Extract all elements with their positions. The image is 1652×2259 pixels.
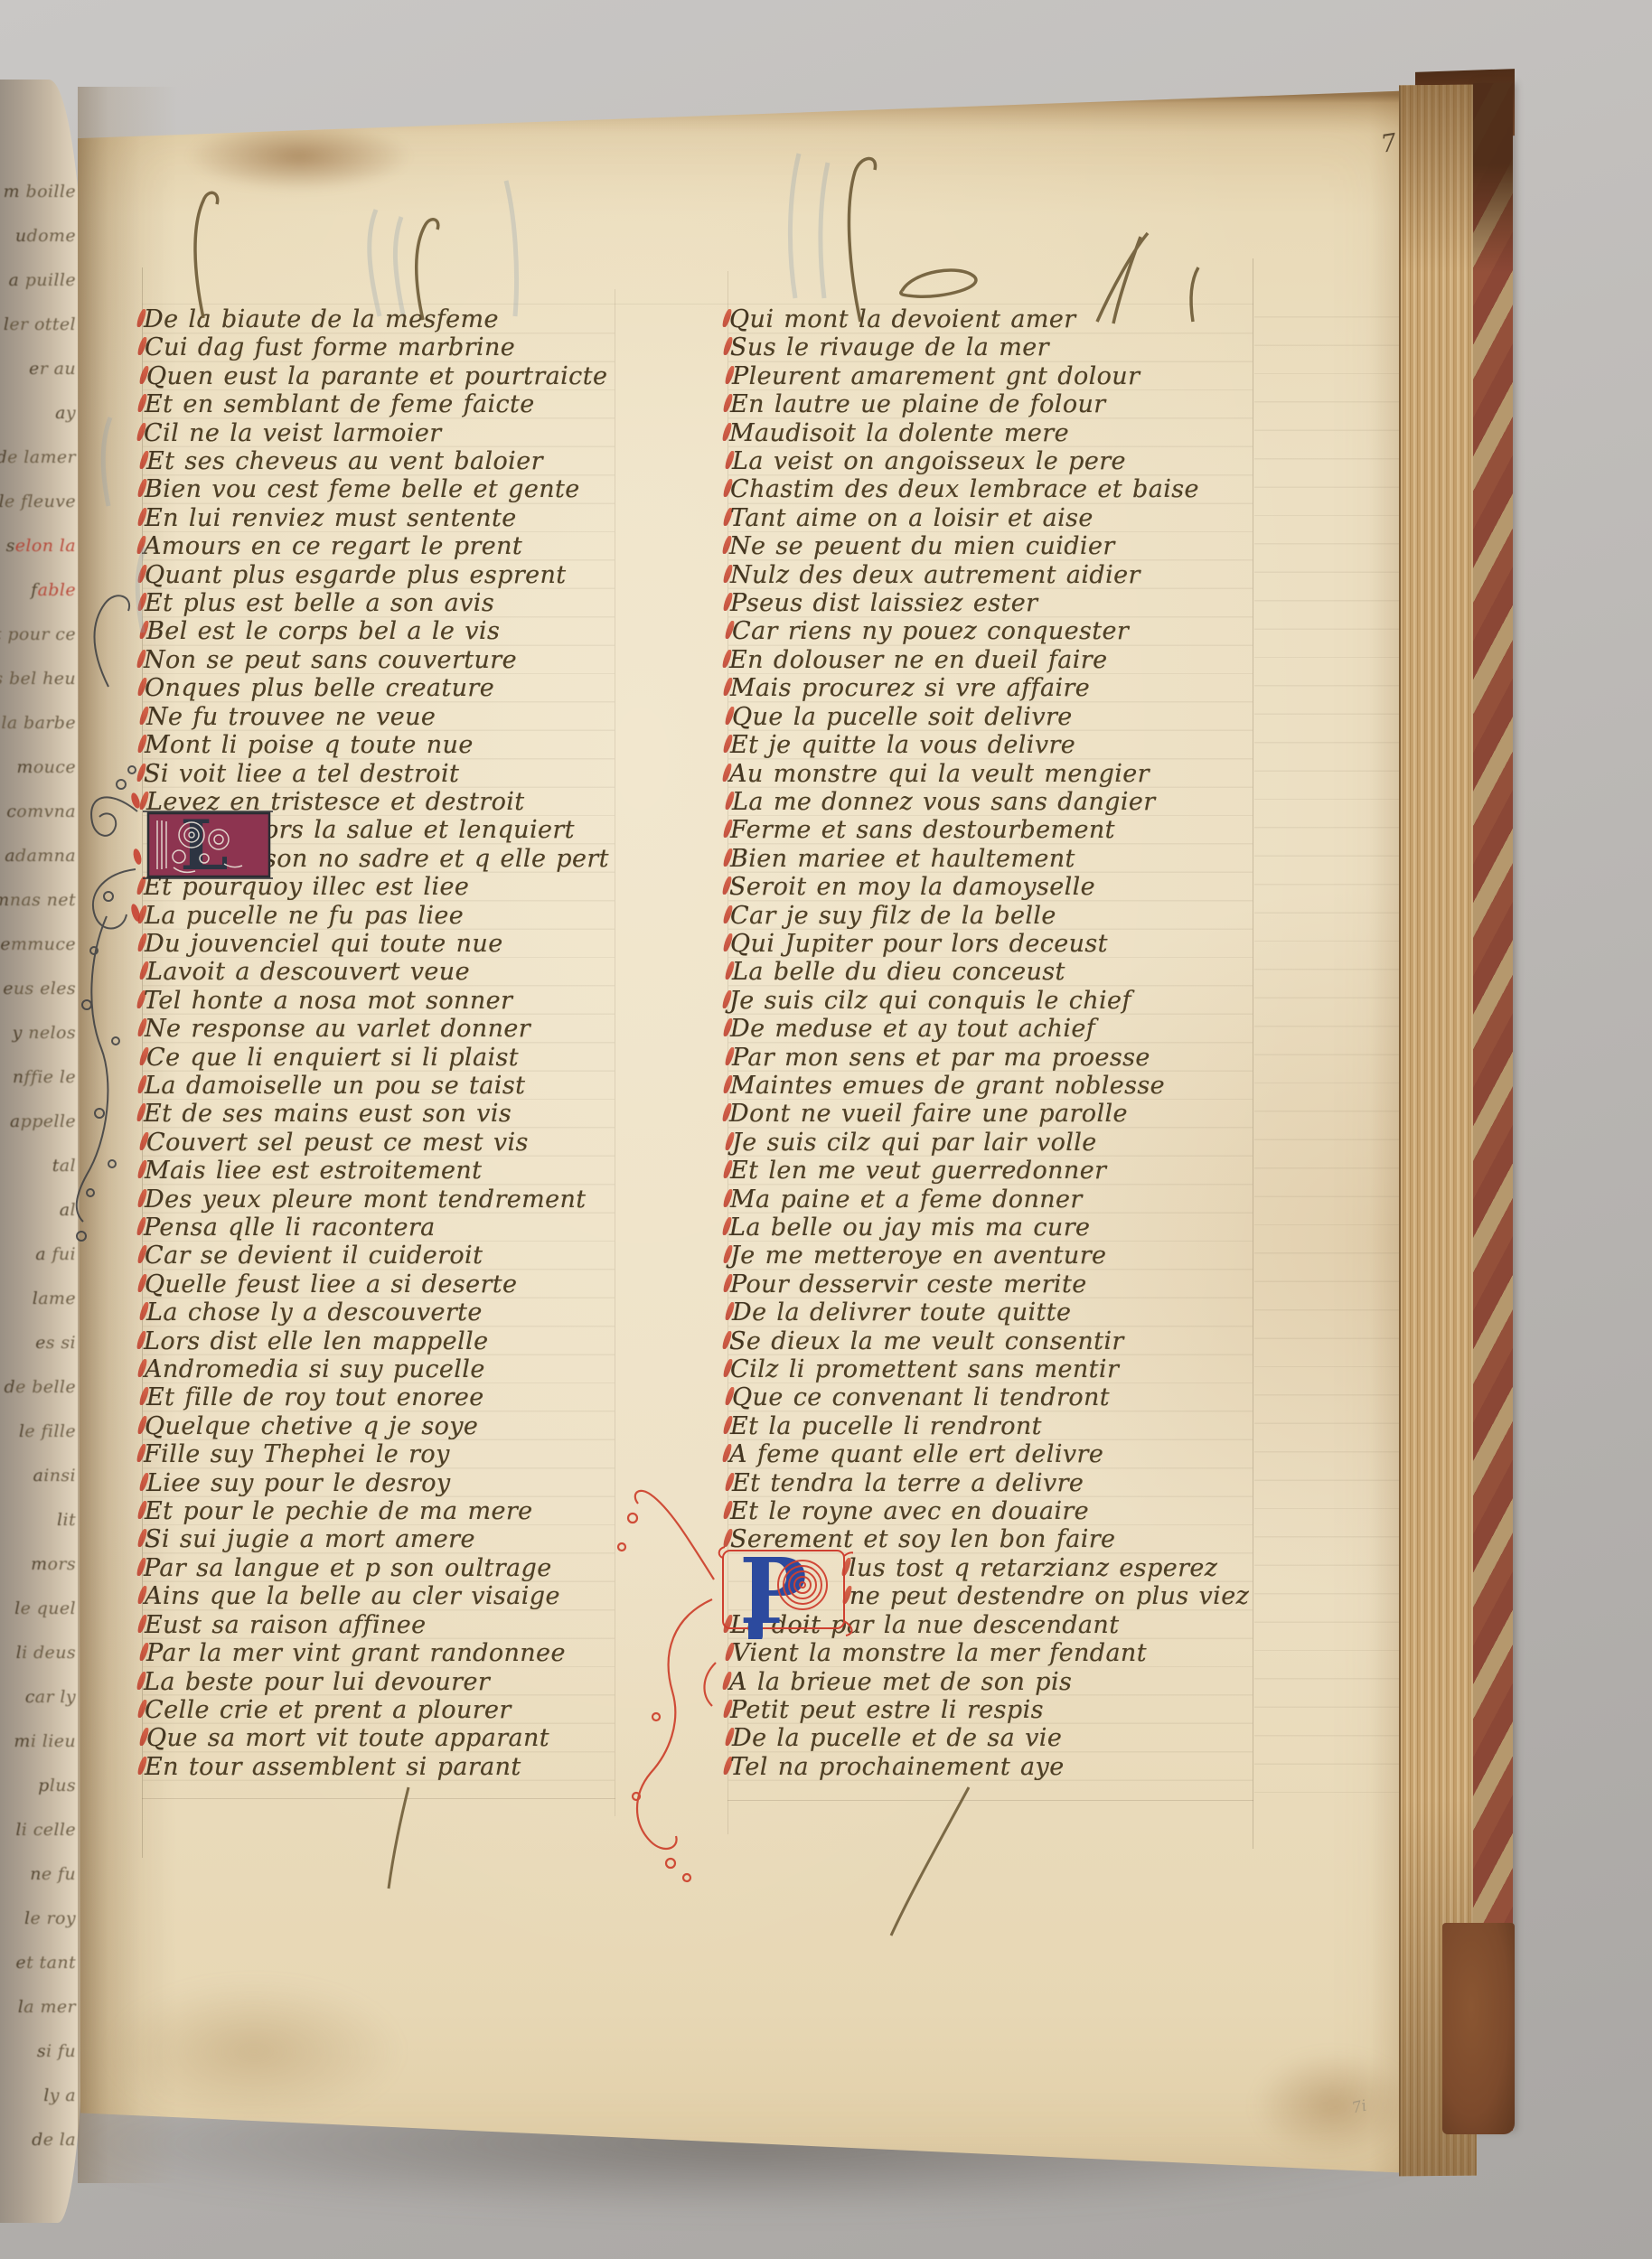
line-initial-letter: D [730, 1724, 752, 1752]
line-initial-letter: m [14, 757, 33, 777]
text-line: A la brieue met de son pis [727, 1668, 1252, 1696]
line-initial-letter: A [143, 1582, 163, 1610]
text-line: Cui dag fust forme marbrine [143, 333, 615, 361]
line-initial-letter: P [728, 589, 746, 617]
line-initial-letter: C [143, 333, 164, 361]
text-line: Se dieux la me veult consentir [727, 1327, 1252, 1355]
text-line: Tant aime on a loisir et aise [728, 504, 1253, 532]
line-initial-letter: A [727, 760, 747, 788]
text-line: Eust sa raison affinee [143, 1611, 615, 1639]
line-initial-letter: E [728, 390, 748, 418]
line-initial-letter: m [29, 1554, 47, 1574]
text-line: Fille suy Thephei le roy [142, 1440, 614, 1468]
text-line: Maudisoit la dolente mere [727, 419, 1252, 447]
line-initial-letter: l [31, 1289, 38, 1308]
text-line: a fui [33, 1233, 76, 1277]
text-line: La chose ly a descouverte [145, 1298, 616, 1326]
text-line: Quen eust la parante et pourtraicte [145, 362, 616, 390]
text-line: Et len me veut guerredonner [728, 1157, 1253, 1185]
text-line: A feme quant elle ert delivre [727, 1440, 1252, 1468]
text-line: Car se devient il cuideroit [143, 1242, 615, 1270]
line-initial-letter: L [730, 788, 748, 816]
line-initial-letter: T [728, 504, 745, 532]
line-initial-letter: A [143, 1355, 163, 1383]
ruling-line-horizontal [727, 1800, 1253, 1801]
line-initial-letter: C [728, 475, 749, 503]
line-initial-letter: e [27, 359, 40, 379]
text-line: Pseus dist laissiez ester [728, 589, 1253, 617]
text-line: Ce que li enquiert si li plaist [145, 1044, 616, 1072]
line-initial-letter: l [14, 1820, 21, 1840]
line-initial-letter: L [145, 1298, 163, 1326]
decorated-initial-L: L [137, 810, 275, 880]
text-line: le fille [17, 1410, 76, 1454]
text-line: la mer [16, 1985, 76, 2029]
line-initial-letter: a [3, 846, 15, 866]
text-line: lit [55, 1498, 76, 1542]
line-initial-letter: Q [143, 1270, 165, 1298]
line-initial-letter: M [728, 1186, 756, 1214]
text-line: ler ottel [2, 303, 76, 347]
text-line: Par mon sens et par ma proesse [730, 1044, 1254, 1072]
line-initial-letter: D [730, 1298, 752, 1326]
text-line: et tant [14, 1941, 76, 1985]
text-line: Mais liee est estroitement [143, 1157, 615, 1185]
text-line: Et pour le pechie de ma mere [143, 1497, 615, 1525]
line-initial-letter: D [727, 1100, 749, 1128]
text-line: Bien mariee et haultement [728, 845, 1253, 873]
text-line: En lui renviez must sentente [143, 504, 615, 532]
bottom-right-stain [1253, 2051, 1415, 2160]
text-line: nffie le [11, 1055, 76, 1100]
text-line: de la [30, 2118, 76, 2162]
text-line: eus eles [1, 967, 76, 1011]
text-line: mnas net [0, 878, 76, 923]
text-line: m boille [2, 170, 76, 214]
line-initial-letter: F [142, 1440, 161, 1468]
text-line: De la pucelle et de sa vie [730, 1724, 1254, 1752]
text-line: Par la mer vint grant randonnee [145, 1639, 616, 1667]
text-line: Andromedia si suy pucelle [143, 1355, 615, 1383]
ruling-line-horizontal [142, 304, 1253, 305]
text-line: ne fu [28, 1852, 76, 1897]
line-initial-letter: c [5, 801, 16, 821]
line-initial-letter: N [142, 646, 165, 674]
line-initial-letter: C [728, 1355, 749, 1383]
text-line: Et le royne avec en douaire [728, 1497, 1253, 1525]
text-line: La veist on angoisseux le pere [730, 447, 1254, 475]
line-initial-letter: B [728, 845, 748, 873]
text-line: li deus [14, 1631, 76, 1675]
text-line: car ly [23, 1675, 76, 1720]
text-line: Cil ne la veist larmoier [142, 419, 614, 447]
text-line: La pucelle ne fu pas liee [143, 902, 615, 930]
line-initial-letter: e [1, 979, 14, 998]
facing-verso-page: m boilleudomea puilleler otteler auayde … [0, 80, 85, 2223]
line-initial-letter: l [0, 492, 5, 511]
line-initial-letter: Q [728, 930, 751, 958]
text-line: Vient la monstre la mer fendant [730, 1639, 1254, 1667]
text-line: Je suis cilz qui conquis le chief [727, 987, 1252, 1015]
line-initial-letter: E [142, 1100, 162, 1128]
line-initial-letter: n [28, 1864, 42, 1884]
text-line: de belle [3, 1365, 76, 1410]
text-line: Mont li poise q toute nue [143, 731, 615, 759]
ruling-line-horizontal [142, 1798, 615, 1799]
line-initial-letter: L [143, 902, 161, 930]
line-initial-letter: V [730, 1639, 749, 1667]
line-initial-letter: E [143, 1753, 163, 1781]
text-line: Dont ne vueil faire une parolle [727, 1100, 1252, 1128]
line-initial-letter: M [727, 419, 755, 447]
line-initial-letter: M [728, 674, 756, 702]
line-initial-letter: e [0, 934, 11, 954]
line-initial-letter: A [727, 1440, 747, 1468]
outer-margin-ruling [1254, 289, 1399, 1816]
text-line: emmuce [0, 923, 76, 967]
text-line: Et je quitte la vous delivre [728, 731, 1253, 759]
line-initial-letter: A [727, 1668, 747, 1696]
text-line: Je me metteroye en aventure [728, 1242, 1253, 1270]
text-line: Car je suy filz de la belle [728, 902, 1253, 930]
line-initial-letter: l [2, 314, 9, 334]
line-initial-letter: L [142, 1668, 160, 1696]
text-line: Bel est le corps bel a le vis [145, 617, 616, 645]
text-line: Et de ses mains eust son vis [142, 1100, 614, 1128]
line-initial-letter: d [30, 2130, 43, 2150]
text-line: Et tendra la terre a delivre [730, 1469, 1254, 1497]
line-initial-letter: Q [143, 561, 165, 589]
text-line: mors [29, 1542, 76, 1587]
line-initial-letter: m [2, 182, 20, 202]
line-initial-letter: m [0, 890, 10, 910]
text-line: li celle [14, 1808, 76, 1852]
text-line: Ne se peuent du mien cuidier [727, 532, 1252, 560]
text-line: Tel honte a nosa mot sonner [142, 987, 614, 1015]
text-line: ly a [42, 2074, 76, 2118]
line-initial-letter: d [3, 1377, 16, 1397]
text-line: de la barbe [0, 701, 76, 745]
line-initial-letter: L [727, 1214, 746, 1242]
text-line: La belle du dieu conceust [730, 958, 1254, 986]
line-initial-letter: Q [727, 305, 750, 333]
line-initial-letter: Q [730, 703, 753, 731]
text-line: tal [51, 1144, 76, 1188]
line-initial-letter: E [728, 731, 748, 759]
text-line: mi lieu [12, 1720, 76, 1764]
text-line: Et en semblant de feme faicte [143, 390, 615, 418]
line-initial-letter: a [7, 270, 20, 290]
text-line: Cilz li promettent sans mentir [728, 1355, 1253, 1383]
text-line: De la delivrer toute quitte [730, 1298, 1254, 1326]
right-column: P Qui mont la devoient amerSus le rivaug… [728, 305, 1253, 1781]
line-initial-letter: C [142, 419, 163, 447]
text-line: Quelle feust liee a si deserte [143, 1270, 615, 1298]
left-column: L De la biaute de la mesfemeCui dag fust… [143, 305, 615, 1781]
line-initial-letter: l [13, 1598, 20, 1618]
text-line: Que sa mort vit toute apparant [145, 1724, 616, 1752]
line-initial-letter: y [11, 1023, 23, 1043]
line-initial-letter: n [11, 1067, 24, 1087]
line-initial-letter: m [12, 1731, 30, 1751]
line-initial-letter: l [42, 2086, 49, 2105]
text-line: La me donnez vous sans dangier [730, 788, 1254, 816]
text-line: Couvert sel peust ce mest vis [145, 1129, 616, 1157]
text-line: appelle [8, 1100, 76, 1144]
line-initial-letter: L [730, 447, 748, 475]
cover-leather-corner [1442, 1923, 1515, 2134]
text-line: mouce [14, 745, 76, 790]
line-initial-letter: E [145, 447, 164, 475]
line-initial-letter: l [14, 1643, 22, 1663]
line-initial-letter: C [145, 1129, 165, 1157]
line-initial-letter: N [143, 1015, 166, 1043]
text-line: Quelque chetive q je soye [143, 1412, 615, 1440]
text-line: En lautre ue plaine de folour [728, 390, 1253, 418]
line-initial-letter: a [58, 1200, 70, 1220]
text-line: seus bel heu [0, 657, 76, 701]
text-line: Si sui jugie a mort amere [143, 1525, 615, 1553]
text-line: selon la [5, 524, 76, 568]
text-line: Sus le rivauge de la mer [728, 333, 1253, 361]
text-line: Et la pucelle li rendront [728, 1412, 1253, 1440]
text-line: le fleuve [0, 480, 76, 524]
line-initial-letter: S [728, 333, 747, 361]
text-line: udome [14, 214, 76, 258]
line-initial-letter: F [728, 816, 746, 844]
line-initial-letter: E [730, 1469, 750, 1497]
line-initial-letter: D [143, 1186, 164, 1214]
line-initial-letter: S [727, 1327, 746, 1355]
line-initial-letter: J [730, 1129, 742, 1157]
line-initial-letter: l [17, 1421, 24, 1441]
line-initial-letter: A [142, 532, 162, 560]
line-initial-letter: L [145, 958, 163, 986]
line-initial-letter: D [728, 1015, 750, 1043]
line-initial-letter: E [727, 646, 747, 674]
line-initial-letter: E [145, 1383, 164, 1411]
text-line: lame [31, 1277, 76, 1321]
text-line: y nelos [11, 1011, 76, 1055]
text-line: Tel na prochainement aye [728, 1753, 1253, 1781]
line-initial-letter: J [728, 1242, 740, 1270]
line-initial-letter: e [14, 1953, 26, 1973]
text-line: es si [33, 1321, 76, 1365]
line-initial-letter: M [143, 1157, 170, 1185]
cover-board-marbled-edge [1473, 83, 1513, 2131]
text-line: a puille [7, 258, 76, 303]
text-line: Mais procurez si vre affaire [728, 674, 1253, 702]
line-initial-letter: C [145, 1044, 165, 1072]
line-initial-letter: Q [143, 1412, 165, 1440]
text-line: Que ce convenant li tendront [730, 1383, 1254, 1411]
text-line: ay [53, 391, 76, 436]
line-initial-letter: L [145, 1469, 163, 1497]
line-initial-letter: N [728, 561, 752, 589]
text-line: Et fille de roy tout enoree [145, 1383, 616, 1411]
line-initial-letter: C [143, 1242, 164, 1270]
line-initial-letter: L [143, 1072, 161, 1100]
line-initial-letter: l [55, 1510, 62, 1530]
line-initial-letter: B [145, 617, 164, 645]
text-line: Des yeux pleure mont tendrement [143, 1186, 615, 1214]
line-initial-letter: M [143, 731, 170, 759]
line-initial-letter: D [142, 305, 164, 333]
text-line: Quant plus esgarde plus esprent [143, 561, 615, 589]
line-initial-letter: a [53, 403, 66, 423]
text-line: Du jouvenciel qui toute nue [143, 930, 615, 958]
text-line: Ma paine et a feme donner [728, 1186, 1253, 1214]
text-line: Amours en ce regart le prent [142, 532, 614, 560]
line-initial-letter: M [728, 1072, 756, 1100]
text-line: plus [36, 1764, 76, 1808]
text-line: Si voit liee a tel destroit [142, 760, 614, 788]
line-initial-letter: P [145, 1639, 162, 1667]
page-block-fore-edge [1399, 85, 1477, 2177]
line-initial-letter: T [142, 987, 158, 1015]
line-initial-letter: f [29, 580, 37, 600]
line-initial-letter: P [730, 362, 749, 390]
line-initial-letter: L [142, 1327, 160, 1355]
line-initial-letter: J [727, 987, 739, 1015]
text-line: le roy [23, 1897, 76, 1941]
line-initial-letter: Q [145, 1724, 167, 1752]
line-initial-letter: E [143, 1611, 163, 1639]
line-initial-letter: e [33, 1333, 46, 1353]
text-line: Celle crie et prent a plourer [143, 1696, 615, 1724]
line-initial-letter: P [730, 1044, 747, 1072]
text-line: Seroit en moy la damoyselle [727, 873, 1252, 901]
text-line: Ferme et sans destourbement [728, 816, 1253, 844]
line-initial-letter: P [142, 1554, 159, 1582]
text-line: Et plus est belle a son avis [143, 589, 615, 617]
line-initial-letter: S [727, 873, 746, 901]
text-line: de lamer [0, 436, 76, 480]
text-line: La damoiselle un pou se taist [143, 1072, 615, 1100]
line-initial-letter: c [23, 1687, 35, 1707]
line-initial-letter: Q [145, 362, 167, 390]
line-initial-letter: l [23, 1908, 30, 1928]
bottom-left-waterstain [105, 1979, 403, 2123]
line-initial-letter: a [8, 1111, 21, 1131]
text-line: Chastim des deux lembrace et baise [728, 475, 1253, 503]
text-line: Liee suy pour le desroy [145, 1469, 616, 1497]
line-initial-letter: s [35, 2041, 46, 2061]
decorated-initial-P: P [716, 1545, 853, 1639]
line-initial-letter: N [727, 532, 751, 560]
line-initial-letter: L [730, 958, 748, 986]
text-line: Que la pucelle soit delivre [730, 703, 1254, 731]
text-line: Maintes emues de grant noblesse [728, 1072, 1253, 1100]
text-line: Ne response au varlet donner [143, 1015, 615, 1043]
text-line: Qui mont la devoient amer [727, 305, 1252, 333]
text-line: En dolouser ne en dueil faire [727, 646, 1252, 674]
text-line: comvna [5, 790, 76, 834]
text-line: Petit peut estre li respis [728, 1696, 1253, 1724]
text-line: Pleurent amarement gnt dolour [730, 362, 1254, 390]
text-line: Ains que la belle au cler visaige [143, 1582, 615, 1610]
text-line: Non se peut sans couverture [142, 646, 614, 674]
text-line: er au [27, 347, 76, 391]
line-initial-letter: u [14, 226, 27, 246]
text-line: adamna [3, 834, 76, 878]
line-initial-letter: B [143, 475, 163, 503]
line-initial-letter: S [142, 760, 161, 788]
line-initial-letter: E [728, 1497, 748, 1525]
line-initial-letter: Q [730, 1383, 753, 1411]
text-line: ainsi [32, 1454, 76, 1498]
left-column-lines: De la biaute de la mesfemeCui dag fust f… [143, 305, 615, 1781]
text-line: Nulz des deux autrement aidier [728, 561, 1253, 589]
line-initial-letter: C [730, 617, 751, 645]
line-initial-letter: P [142, 1214, 159, 1242]
line-initial-letter: T [728, 1753, 745, 1781]
text-line: Ne fu trouvee ne veue [145, 703, 616, 731]
text-line: Pensa qlle li racontera [142, 1214, 614, 1242]
line-initial-letter: a [33, 1244, 46, 1264]
text-line: le quel [13, 1587, 76, 1631]
text-line: La beste pour lui devourer [142, 1668, 614, 1696]
line-initial-letter: l [16, 1997, 23, 2017]
line-initial-letter: P [728, 1696, 746, 1724]
line-initial-letter: a [32, 1466, 44, 1486]
line-initial-letter: E [728, 1157, 748, 1185]
line-initial-letter: E [143, 589, 163, 617]
line-initial-letter: N [145, 703, 168, 731]
line-initial-letter: t [51, 1156, 60, 1176]
line-initial-letter: E [143, 504, 163, 532]
text-line: De la biaute de la mesfeme [142, 305, 614, 333]
line-initial-letter: C [728, 902, 749, 930]
text-line: Lors dist elle len mappelle [142, 1327, 614, 1355]
line-initial-letter: D [143, 930, 164, 958]
line-initial-letter: E [143, 390, 163, 418]
text-line: Qui Jupiter pour lors deceust [728, 930, 1253, 958]
text-line: al [58, 1188, 76, 1233]
text-line: et pour ce [0, 613, 76, 657]
text-line: Lavoit a descouvert veue [145, 958, 616, 986]
text-line: Par sa langue et p son oultrage [142, 1554, 614, 1582]
initial-letter-glyph: L [180, 810, 228, 880]
line-initial-letter: E [728, 1412, 748, 1440]
facing-page-text-fragments: m boilleudomea puilleler otteler auayde … [4, 170, 76, 2162]
text-line: Et ses cheveus au vent baloier [145, 447, 616, 475]
text-line: Bien vou cest feme belle et gente [143, 475, 615, 503]
line-initial-letter: C [143, 1696, 164, 1724]
text-line: Pour desservir ceste merite [728, 1270, 1253, 1298]
line-initial-letter: S [143, 1525, 162, 1553]
line-initial-letter: d [0, 447, 7, 467]
text-line: Onques plus belle creature [143, 674, 615, 702]
text-line: En tour assemblent si parant [143, 1753, 615, 1781]
line-initial-letter: O [143, 674, 165, 702]
text-line: Au monstre qui la veult mengier [727, 760, 1252, 788]
line-initial-letter: P [728, 1270, 746, 1298]
line-initial-letter: E [143, 1497, 163, 1525]
text-line: si fu [35, 2029, 76, 2074]
text-line: Je suis cilz qui par lair volle [730, 1129, 1254, 1157]
line-initial-letter: s [5, 536, 15, 556]
text-line: Car riens ny pouez conquester [730, 617, 1254, 645]
text-line: La belle ou jay mis ma cure [727, 1214, 1252, 1242]
text-line: fable [29, 568, 76, 613]
line-initial-letter: p [36, 1776, 50, 1795]
text-line: De meduse et ay tout achief [728, 1015, 1253, 1043]
